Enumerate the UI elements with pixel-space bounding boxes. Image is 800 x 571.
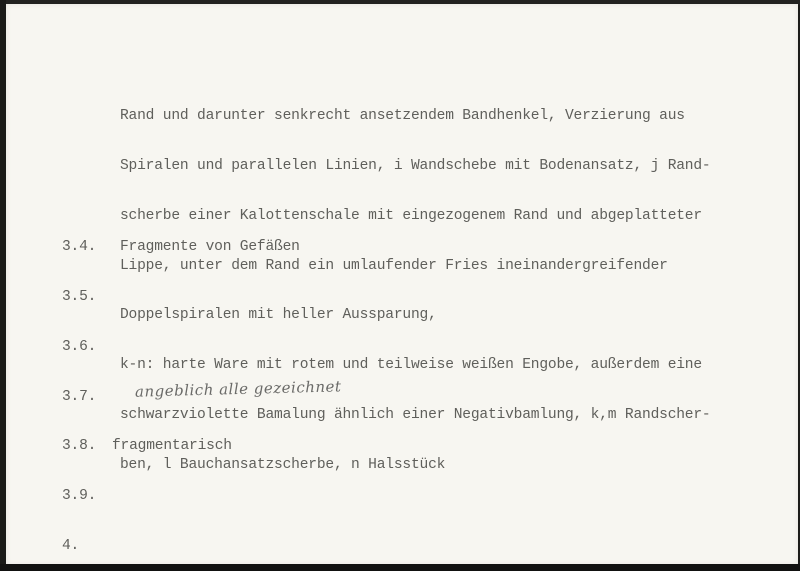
list-item: 3.9. bbox=[62, 488, 300, 505]
item-number: 3.9. bbox=[62, 488, 120, 505]
item-number: 3.7. bbox=[62, 389, 120, 406]
list-item: 3.6. bbox=[62, 339, 300, 356]
body-line: Rand und darunter senkrecht ansetzendem … bbox=[120, 108, 710, 125]
list-item: 3.4.Fragmente von Gefäßen bbox=[62, 239, 300, 256]
list-item: 3.8.fragmentarisch bbox=[62, 438, 300, 455]
item-text: Fragmente von Gefäßen bbox=[120, 239, 300, 255]
item-number: 3.8. bbox=[62, 438, 112, 455]
item-number: 3.5. bbox=[62, 289, 120, 306]
list-item: 4. bbox=[62, 538, 300, 555]
list-item: 3.5. bbox=[62, 289, 300, 306]
item-text: fragmentarisch bbox=[112, 438, 232, 454]
body-line: Spiralen und parallelen Linien, i Wandsc… bbox=[120, 158, 710, 175]
item-number: 3.6. bbox=[62, 339, 120, 356]
item-number: 3.4. bbox=[62, 239, 120, 256]
item-number: 4. bbox=[62, 538, 120, 555]
